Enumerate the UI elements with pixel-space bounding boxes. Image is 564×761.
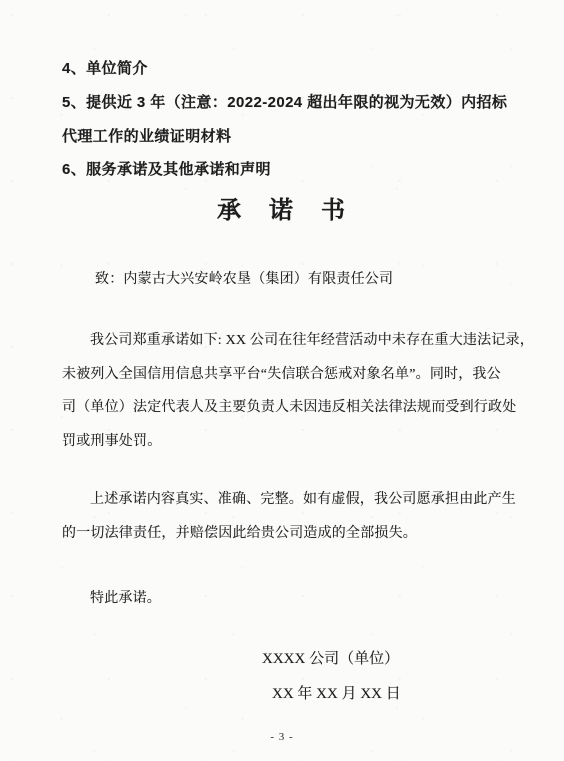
signature-company: XXXX 公司（单位） <box>262 647 399 668</box>
letter-paragraph1-line1: 我公司郑重承诺如下: XX 公司在往年经营活动中未存在重大违法记录， <box>90 329 534 349</box>
letter-title: 承 诺 书 <box>0 190 564 225</box>
page-number: - 3 - <box>0 731 564 743</box>
letter-paragraph1-line3: 司（单位）法定代表人及主要负责人未因违反相关法律法规而受到行政处 <box>62 396 516 416</box>
letter-closing: 特此承诺。 <box>90 587 161 607</box>
letter-paragraph1-line2: 未被列入全国信用信息共享平台“失信联合惩戒对象名单”。同时，我公 <box>62 363 501 383</box>
letter-paragraph2-line1: 上述承诺内容真实、准确、完整。如有虚假，我公司愿承担由此产生 <box>90 488 516 508</box>
checklist-item-5-line-2: 代理工作的业绩证明材料 <box>62 125 231 146</box>
checklist-item-6: 6、服务承诺及其他承诺和声明 <box>62 158 271 179</box>
letter-paragraph1-line4: 罚或刑事处罚。 <box>62 430 161 450</box>
signature-date: XX 年 XX 月 XX 日 <box>272 682 401 703</box>
checklist-item-4: 4、单位简介 <box>62 57 148 78</box>
letter-salutation: 致：内蒙古大兴安岭农垦（集团）有限责任公司 <box>95 268 393 288</box>
scanned-document-page: 4、单位简介 5、提供近 3 年（注意：2022-2024 超出年限的视为无效）… <box>0 0 564 761</box>
letter-paragraph2-line2: 的一切法律责任，并赔偿因此给贵公司造成的全部损失。 <box>62 522 417 542</box>
checklist-item-5-line-1: 5、提供近 3 年（注意：2022-2024 超出年限的视为无效）内招标 <box>62 91 507 112</box>
